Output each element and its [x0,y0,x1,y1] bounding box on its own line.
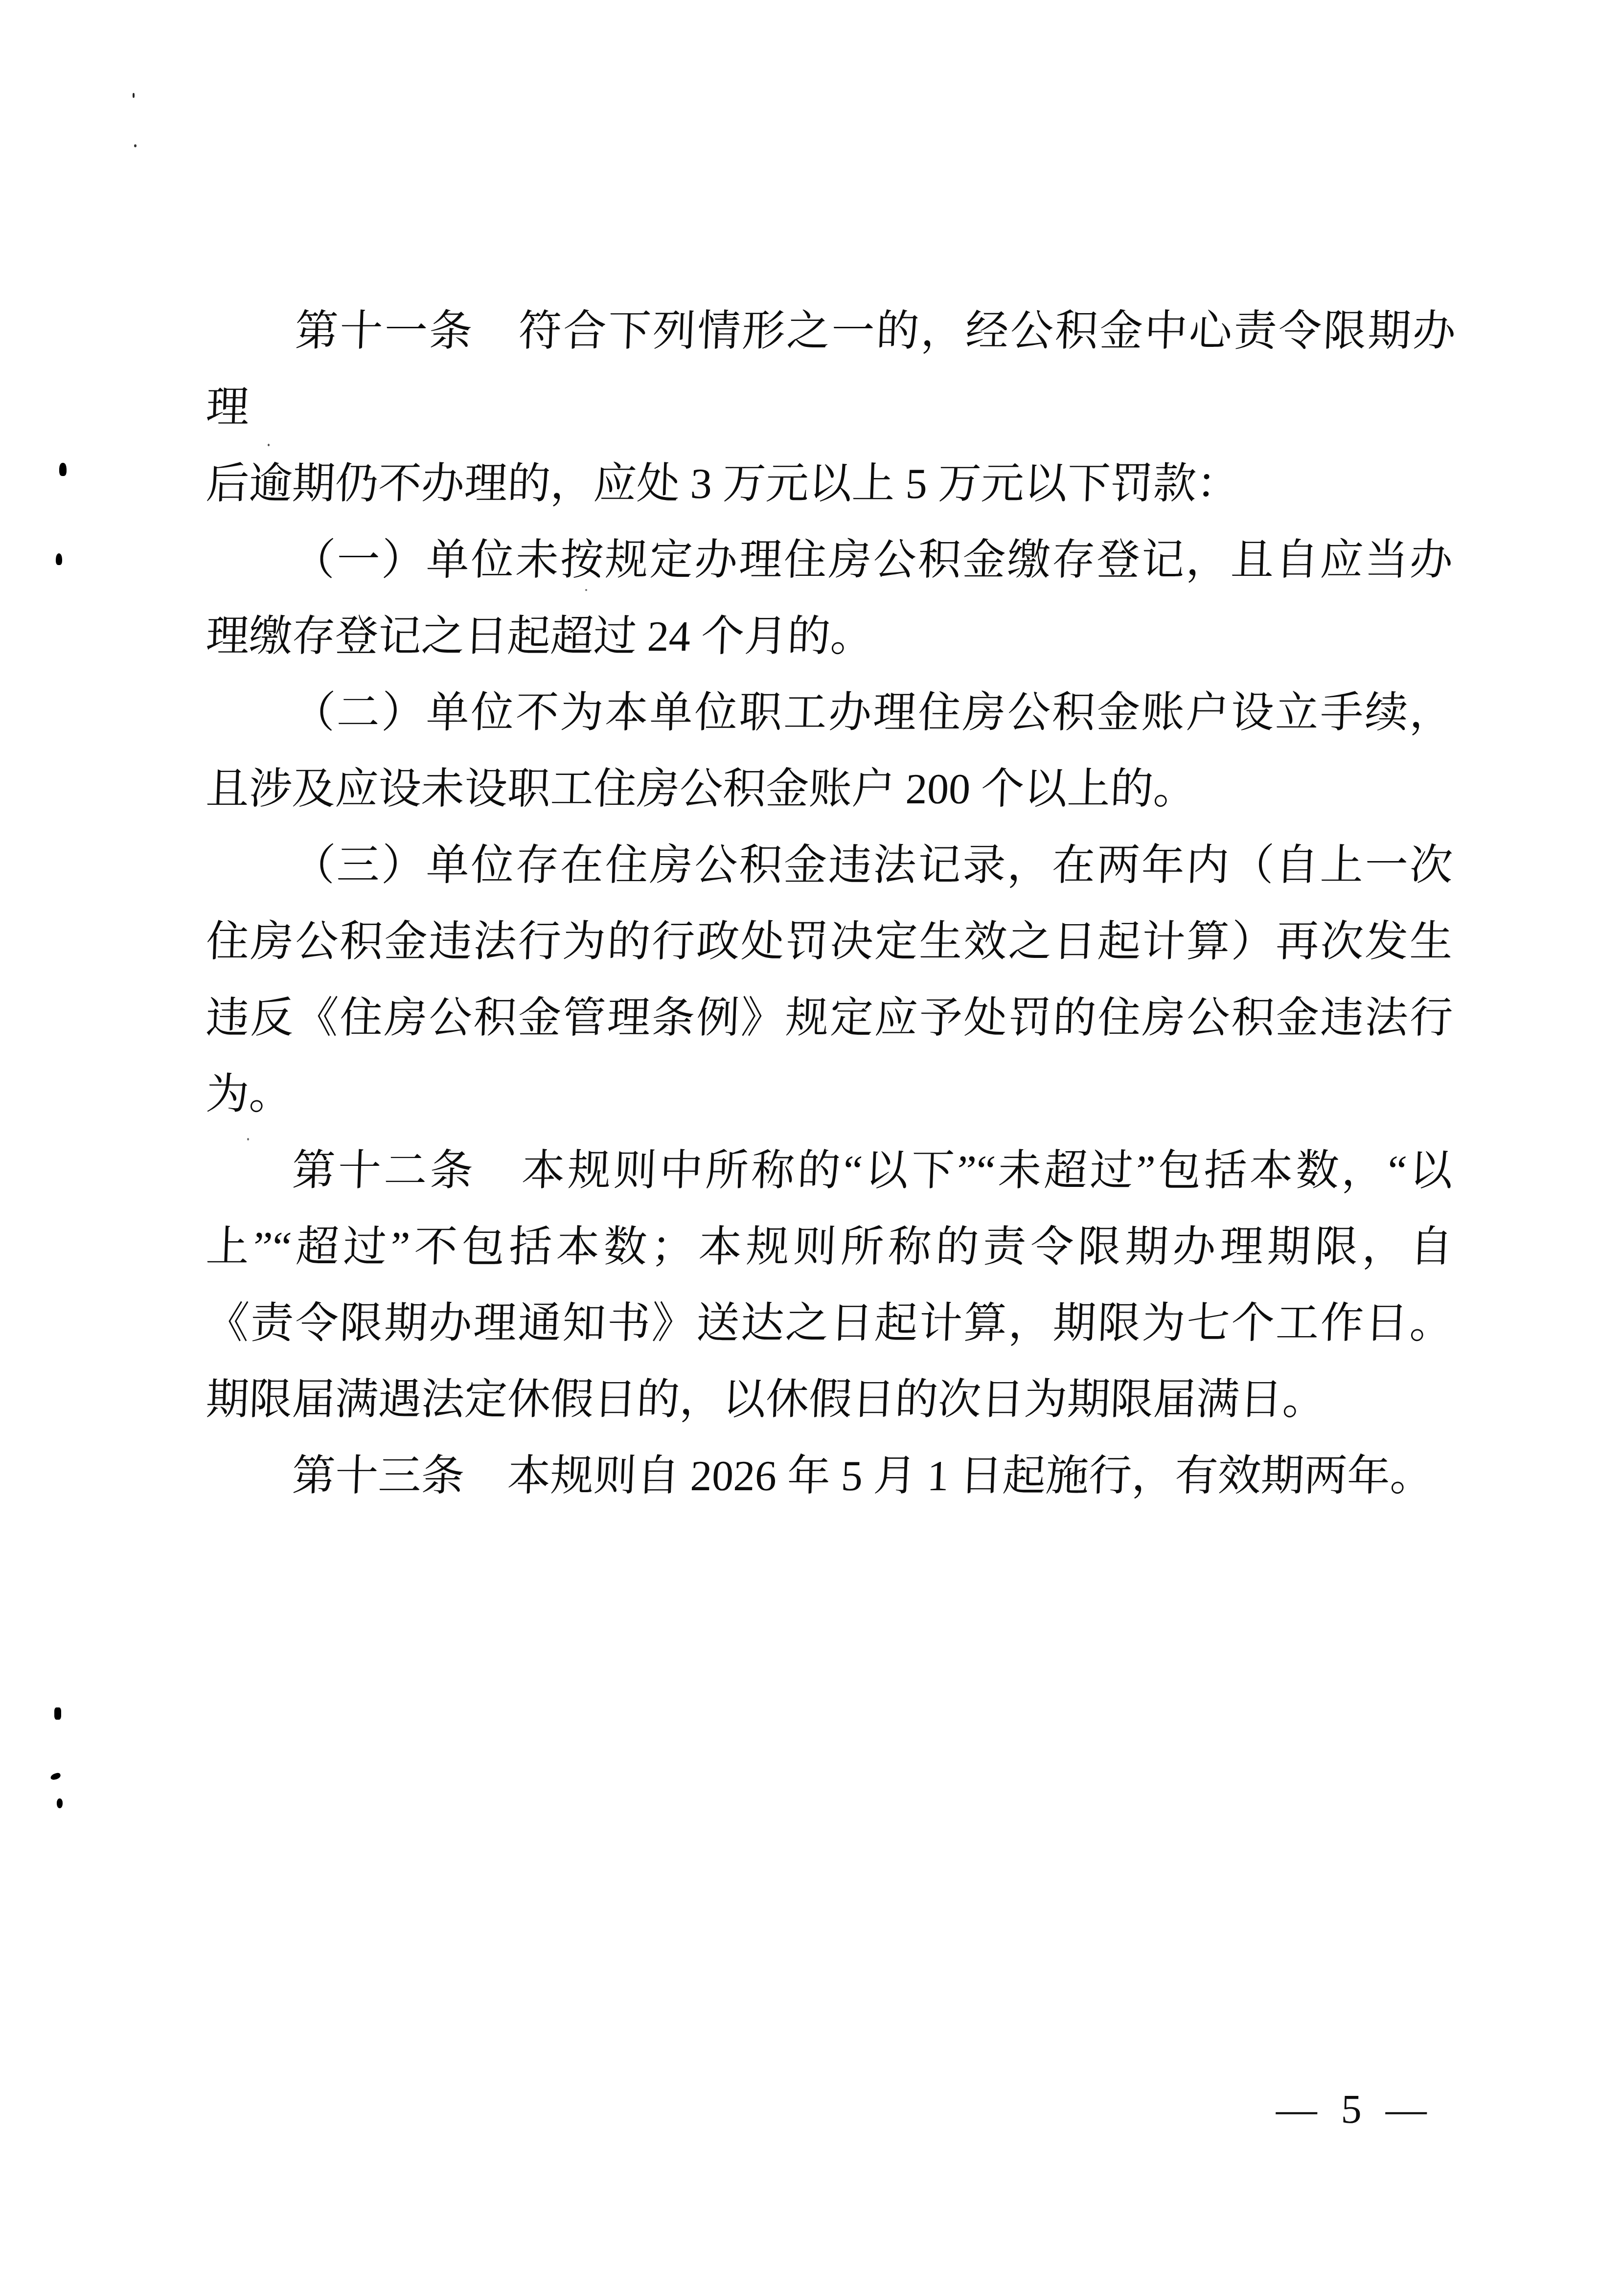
item-2-line-2: 且涉及应设未设职工住房公积金账户 200 个以上的。 [205,751,1454,828]
scan-dot [133,93,135,98]
article-12-line-2: 上”“超过”不包括本数；本规则所称的责令限期办理期限，自 [205,1209,1454,1286]
ink-speck [50,1772,62,1781]
document-body: 第十一条 符合下列情形之一的，经公积金中心责令限期办理 后逾期仍不办理的，应处 … [205,294,1451,1515]
article-12-line-3: 《责令限期办理通知书》送达之日起计算，期限为七个工作日。 [205,1286,1454,1362]
ink-speck [54,1707,61,1720]
article-11-line-2: 后逾期仍不办理的，应处 3 万元以上 5 万元以下罚款： [205,446,1454,523]
item-3-line-4: 为。 [205,1057,1454,1133]
item-3-line-2: 住房公积金违法行为的行政处罚决定生效之日起计算）再次发生 [205,904,1454,980]
scan-dot [268,444,270,446]
ink-speck [56,553,62,565]
article-12-line-1: 第十二条 本规则中所称的“以下”“未超过”包括本数，“以 [205,1133,1454,1209]
article-13-line-1: 第十三条 本规则自 2026 年 5 月 1 日起施行，有效期两年。 [205,1438,1454,1515]
ink-speck [59,463,67,476]
item-2-line-1: （二）单位不为本单位职工办理住房公积金账户设立手续， [205,675,1454,751]
scan-dot [134,144,137,147]
item-3-line-1: （三）单位存在住房公积金违法记录，在两年内（自上一次 [205,828,1454,904]
scanned-document-page: 第十一条 符合下列情形之一的，经公积金中心责令限期办理 后逾期仍不办理的，应处 … [0,0,1622,2296]
article-11-line-1: 第十一条 符合下列情形之一的，经公积金中心责令限期办理 [205,294,1457,446]
item-1-line-2: 理缴存登记之日起超过 24 个月的。 [205,599,1454,675]
scan-dot [247,1138,249,1140]
ink-speck [57,1798,63,1808]
page-number: — 5 — [1276,2085,1435,2134]
item-1-line-1: （一）单位未按规定办理住房公积金缴存登记，且自应当办 [205,523,1454,599]
item-3-line-3: 违反《住房公积金管理条例》规定应予处罚的住房公积金违法行 [205,980,1454,1057]
article-12-line-4: 期限届满遇法定休假日的，以休假日的次日为期限届满日。 [205,1362,1454,1438]
scan-dot [585,589,587,591]
